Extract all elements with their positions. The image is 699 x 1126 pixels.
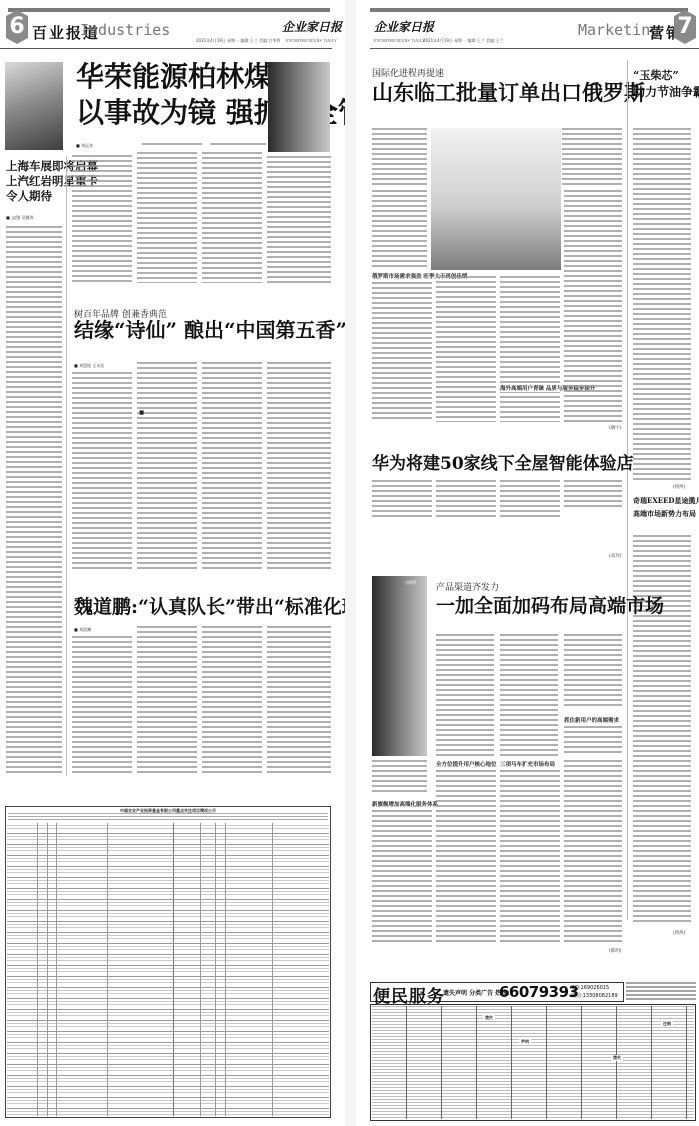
masthead-en: ENTREPRENEURS' DAILY [286, 38, 337, 43]
side-headline-line3: 令人期待 [6, 190, 52, 202]
masthead-en: ENTREPRENEURS' DAILY [374, 38, 425, 43]
lead-text-intro [142, 143, 202, 147]
story3-text-col3b [564, 726, 622, 756]
classifieds-qq: QQ:169026015 [571, 985, 609, 992]
excavator-shipment-photo [431, 128, 561, 270]
classified-heading-4: 遗失 [611, 1055, 623, 1061]
lead-text-col1b [372, 190, 427, 270]
classified-heading-2: 声明 [519, 1039, 531, 1045]
side-story-text [633, 128, 691, 481]
dateline: 2021年4月19日 星期一 编辑:王兰 美编:王兰 [423, 38, 503, 44]
story3-text-col1 [372, 810, 432, 945]
story2-subhead-1: ■ [139, 410, 144, 416]
story3-subhead-1: 全方位提升用户核心地位 [436, 760, 497, 768]
lead-text-intro-2 [210, 143, 266, 147]
table-note [8, 813, 328, 821]
masthead-logo: 企业家日报 [282, 18, 342, 35]
classified-ad-cells [372, 1006, 694, 1119]
header-top-bar [8, 8, 330, 12]
photo-label: 一加9系 [402, 580, 417, 586]
lead-text-col1 [72, 155, 132, 283]
project-disclosure-table: 中国农业产业投资基金有限公司重点关注项目情况公示 [5, 806, 331, 1118]
story3-text-col3a [564, 634, 622, 709]
lead-source: (晓宇) [609, 425, 622, 431]
miners-photo [268, 62, 330, 152]
lead-text-col2 [436, 276, 496, 422]
story3-text-col1 [72, 636, 132, 776]
dateline: 2021年4月19日 星期一 编辑:王兰 美编:吕华利 [196, 38, 280, 44]
story2-text-col4 [564, 480, 622, 510]
lead-text-col4 [267, 156, 331, 283]
classifieds-notice [626, 982, 696, 1002]
masthead-logo: 企业家日报 [374, 18, 434, 35]
side-story-text [6, 226, 62, 774]
lead-text-intro [372, 128, 427, 187]
page-6-industries: 6 百业报道 Industries 企业家日报 ENTREPRENEURS' D… [0, 0, 345, 1126]
page-7-marketing: 企业家日报 ENTREPRENEURS' DAILY 2021年4月19日 星期… [356, 0, 699, 1126]
story3-text-col3 [202, 626, 262, 776]
side2-headline-line2: 高端市场新势力布局 [633, 510, 696, 517]
column-rule [627, 60, 628, 920]
story3-text-col2 [137, 626, 197, 776]
header-rule [0, 48, 332, 49]
lead-text-col1 [372, 282, 432, 422]
classifieds-banner: 便民服务 遗失声明 分类广告 热线: 66079393 QQ:169026015… [370, 982, 624, 1002]
story3-byline: 刘浪潮 [74, 627, 91, 633]
lead-kicker: 国际化进程再提速 [372, 66, 444, 79]
story3-subhead-3: 新旗舰增加高端化服务体系 [372, 800, 438, 808]
story3-text-col4 [267, 626, 331, 776]
side-headline-line1: “玉柴芯” [633, 70, 679, 82]
story2-text-col2 [137, 362, 197, 570]
table-grid [7, 823, 329, 1116]
story2-byline: 刘恩锐 王永宏 [74, 363, 104, 369]
story2-text-col2 [436, 480, 496, 520]
section-title-en: Industries [80, 21, 170, 39]
story2-text-col4 [267, 362, 331, 570]
story2-text-col3 [500, 480, 560, 520]
section-title-en: Marketing [578, 21, 659, 39]
truck-photo [5, 62, 63, 150]
page-number-badge: 7 [674, 10, 696, 44]
story3-text-col2 [436, 770, 496, 945]
story3-headline: 一加全面加码布局高端市场 [436, 597, 664, 617]
story3-subhead-2: 三项马车扩充市场布局 [500, 760, 555, 768]
story2-text-col1 [372, 480, 432, 520]
classified-heading-3: 注销 [661, 1021, 673, 1027]
story3-subhead-4: 抓住新用户的高端需求 [564, 716, 619, 724]
lead-text-right [562, 128, 622, 188]
side2-source: (泱泱) [673, 930, 686, 936]
header-rule [370, 48, 699, 49]
side-byline: 文/图 吴敬改 [6, 215, 34, 221]
side-headline-line2: 助力节油争霸赛 [633, 86, 699, 99]
lead-text-col4 [564, 190, 622, 422]
classified-heading-1: 遗失 [483, 1015, 495, 1021]
side2-story-text [633, 535, 691, 925]
classifieds-phone: 66079393 [499, 983, 579, 1001]
column-rule [66, 156, 67, 776]
story3-kicker: 产品渠道齐发力 [436, 580, 499, 593]
oneplus-ad-photo: 一加9系 [372, 576, 427, 756]
header-top-bar [370, 8, 688, 12]
lead-text-col3 [500, 276, 560, 422]
story2-headline: 华为将建50家线下全屋智能体验店 [372, 456, 634, 474]
story3-text-col2a [500, 634, 558, 756]
lead-byline: 刘远舟 [76, 143, 93, 149]
story3-source: (陈明) [609, 948, 622, 954]
story2-headline: 结缘“诗仙” 酿出“中国第五香” [74, 320, 347, 341]
side2-headline-line1: 奇瑞EXEED星途揽月第 [633, 497, 699, 504]
lead-text-col2 [137, 152, 197, 283]
classifieds-mobile: 微信:13308082189 [571, 993, 618, 1000]
classifieds-listing-grid: 遗失 声明 注销 遗失 [370, 1004, 696, 1121]
story3-text-col0 [372, 760, 427, 795]
page-gutter [345, 0, 356, 1126]
lead-headline: 山东临工批量订单出口俄罗斯 [372, 82, 645, 104]
story2-source: (高玲) [609, 553, 622, 559]
story3-text-col1a [436, 634, 494, 756]
story2-text-col3 [202, 362, 262, 570]
lead-text-col3 [202, 152, 262, 283]
page-number-badge: 6 [6, 10, 28, 44]
story3-text-col3 [500, 770, 560, 945]
story2-text-col1 [72, 372, 132, 570]
side-source: (泱泱) [673, 484, 686, 490]
story3-text-col4 [564, 760, 622, 945]
story3-headline: 魏道鹏:“认真队长”带出“标准化班组” [74, 598, 391, 618]
